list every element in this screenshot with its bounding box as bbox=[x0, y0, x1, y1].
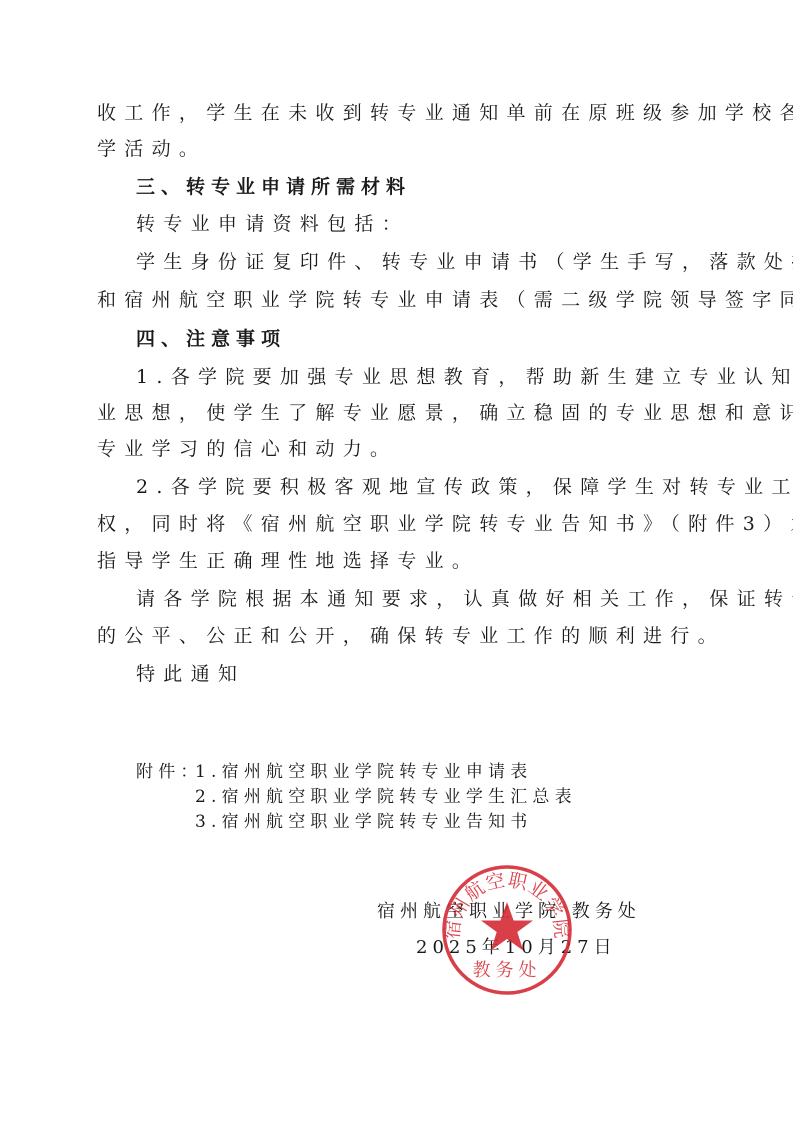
paragraph-line: 学生身份证复印件、转专业申请书（学生手写，落款处按手印） bbox=[136, 250, 793, 274]
paragraph-line: 学活动。 bbox=[97, 137, 206, 161]
attachment-item: 3.宿州航空职业学院转专业告知书 bbox=[195, 811, 532, 833]
section-heading-notes: 四、注意事项 bbox=[136, 327, 286, 351]
document-page: 收工作，学生在未收到转专业通知单前在原班级参加学校各项教育教 学活动。 三、转专… bbox=[0, 0, 793, 1122]
paragraph-line: 业思想，使学生了解专业愿景，确立稳固的专业思想和意识，增强对 bbox=[97, 401, 793, 425]
paragraph-line: 的公平、公正和公开，确保转专业工作的顺利进行。 bbox=[97, 624, 725, 648]
paragraph-line: 请各学院根据本通知要求，认真做好相关工作，保证转专业工作 bbox=[136, 587, 793, 611]
paragraph-line: 2.各学院要积极客观地宣传政策，保障学生对转专业工作的知情 bbox=[136, 475, 793, 499]
attachments-label: 附件： bbox=[136, 761, 203, 783]
paragraph-line: 专业学习的信心和动力。 bbox=[97, 437, 397, 461]
paragraph-line: 收工作，学生在未收到转专业通知单前在原班级参加学校各项教育教 bbox=[97, 101, 793, 125]
paragraph-line: 权，同时将《宿州航空职业学院转专业告知书》（附件3）发于学生， bbox=[97, 512, 793, 536]
closing-remark: 特此通知 bbox=[136, 662, 245, 686]
paragraph-line: 转专业申请资料包括： bbox=[136, 212, 409, 236]
attachment-item: 1.宿州航空职业学院转专业申请表 bbox=[195, 761, 532, 783]
seal-bottom-text: 教务处 bbox=[473, 960, 542, 981]
attachment-item: 2.宿州航空职业学院转专业学生汇总表 bbox=[195, 786, 577, 808]
paragraph-line: 和宿州航空职业学院转专业申请表（需二级学院领导签字同意）。 bbox=[97, 288, 793, 312]
section-heading-materials: 三、转专业申请所需材料 bbox=[136, 175, 411, 199]
paragraph-line: 1.各学院要加强专业思想教育，帮助新生建立专业认知、巩固专 bbox=[136, 365, 793, 389]
paragraph-line: 指导学生正确理性地选择专业。 bbox=[97, 549, 479, 573]
official-seal-icon: 宿州航空职业学院 教务处 bbox=[441, 864, 573, 996]
